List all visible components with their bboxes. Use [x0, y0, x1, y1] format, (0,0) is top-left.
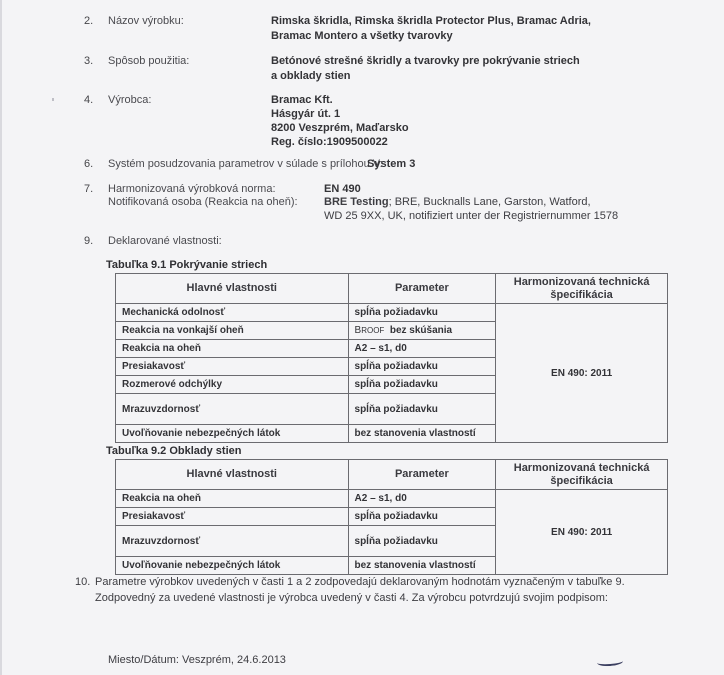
- broof-subscript: ROOF: [361, 326, 384, 335]
- parameter-cell: spĺňa požiadavku: [348, 394, 496, 425]
- specification-cell: EN 490: 2011: [496, 304, 668, 443]
- scan-speck: [52, 98, 54, 101]
- item-3-label: Spôsob použitia:: [108, 55, 189, 67]
- scan-edge: [0, 0, 2, 675]
- table-1-header-parameter: Parameter: [348, 274, 496, 304]
- manufacturer-name: Bramac Kft.: [271, 94, 333, 107]
- parameter-cell: BROOF bez skúšania: [348, 322, 496, 340]
- item-10-number: 10.: [75, 575, 90, 590]
- parameter-cell: bez stanovenia vlastností: [348, 557, 496, 575]
- item-6-number: 6.: [84, 158, 93, 170]
- item-10-line2: Zodpovedný za uvedené vlastnosti je výro…: [95, 591, 608, 606]
- product-name-line1: Rimska škridla, Rimska škridla Protector…: [271, 15, 591, 28]
- manufacturer-city: 8200 Veszprém, Maďarsko: [271, 122, 409, 135]
- table-roof-covering: Hlavné vlastnosti Parameter Harmonizovan…: [115, 273, 668, 443]
- property-cell: Uvoľňovanie nebezpečných látok: [116, 425, 349, 443]
- parameter-cell: A2 – s1, d0: [348, 490, 496, 508]
- table-1-header-specification: Harmonizovaná technická špecifikácia: [496, 274, 668, 304]
- intended-use-line2: a obklady stien: [271, 70, 350, 83]
- table-2-header-property: Hlavné vlastnosti: [116, 460, 349, 490]
- parameter-cell: spĺňa požiadavku: [348, 358, 496, 376]
- item-4-label: Výrobca:: [108, 94, 151, 106]
- property-cell: Presiakavosť: [116, 358, 349, 376]
- manufacturer-reg-number: Reg. číslo:1909500022: [271, 136, 388, 149]
- property-cell: Uvoľňovanie nebezpečných látok: [116, 557, 349, 575]
- notified-body-line2: WD 25 9XX, UK, notifiziert unter der Reg…: [324, 210, 618, 223]
- parameter-cell: spĺňa požiadavku: [348, 508, 496, 526]
- property-cell: Mrazuvzdornosť: [116, 394, 349, 425]
- assessment-system: System 3: [367, 158, 415, 171]
- notified-body-label: Notifikovaná osoba (Reakcia na oheň):: [108, 196, 298, 208]
- table-1-title: Tabuľka 9.1 Pokrývanie striech: [106, 259, 267, 271]
- property-cell: Rozmerové odchýlky: [116, 376, 349, 394]
- item-9-label: Deklarované vlastnosti:: [108, 235, 222, 247]
- signature-mark: [597, 657, 623, 667]
- parameter-cell: spĺňa požiadavku: [348, 376, 496, 394]
- parameter-cell: bez stanovenia vlastností: [348, 425, 496, 443]
- parameter-cell: spĺňa požiadavku: [348, 304, 496, 322]
- harmonized-standard: EN 490: [324, 183, 361, 196]
- table-row: Mechanická odolnosť spĺňa požiadavku EN …: [116, 304, 668, 322]
- manufacturer-street: Hásgyár út. 1: [271, 108, 340, 121]
- notified-body-name: BRE Testing: [324, 196, 389, 208]
- property-cell: Reakcia na oheň: [116, 490, 349, 508]
- notified-body-line1: BRE Testing; BRE, Bucknalls Lane, Garsto…: [324, 196, 591, 209]
- item-4-number: 4.: [84, 94, 93, 106]
- place-date: Miesto/Dátum: Veszprém, 24.6.2013: [108, 653, 286, 668]
- property-cell: Reakcia na vonkajší oheň: [116, 322, 349, 340]
- item-7-label: Harmonizovaná výrobková norma:: [108, 183, 276, 195]
- document-page: 2. Názov výrobku: Rimska škridla, Rimska…: [0, 0, 724, 675]
- property-cell: Mechanická odolnosť: [116, 304, 349, 322]
- notified-body-address: ; BRE, Bucknalls Lane, Garston, Watford,: [389, 196, 591, 208]
- table-row: Reakcia na oheň A2 – s1, d0 EN 490: 2011: [116, 490, 668, 508]
- parameter-cell: A2 – s1, d0: [348, 340, 496, 358]
- property-cell: Mrazuvzdornosť: [116, 526, 349, 557]
- table-2-header-specification: Harmonizovaná technická špecifikácia: [496, 460, 668, 490]
- property-cell: Presiakavosť: [116, 508, 349, 526]
- item-2-number: 2.: [84, 15, 93, 27]
- item-10-line1: Parametre výrobkov uvedených v časti 1 a…: [95, 575, 625, 590]
- specification-cell: EN 490: 2011: [496, 490, 668, 575]
- table-2-header-parameter: Parameter: [348, 460, 496, 490]
- parameter-cell: spĺňa požiadavku: [348, 526, 496, 557]
- broof-value: bez skúšania: [390, 325, 452, 336]
- item-2-label: Názov výrobku:: [108, 15, 184, 27]
- item-7-number: 7.: [84, 183, 93, 195]
- product-name-line2: Bramac Montero a všetky tvarovky: [271, 30, 453, 43]
- property-cell: Reakcia na oheň: [116, 340, 349, 358]
- table-1-header-property: Hlavné vlastnosti: [116, 274, 349, 304]
- item-9-number: 9.: [84, 235, 93, 247]
- intended-use-line1: Betónové strešné škridly a tvarovky pre …: [271, 55, 580, 68]
- table-wall-cladding: Hlavné vlastnosti Parameter Harmonizovan…: [115, 459, 668, 575]
- item-6-label: Systém posudzovania parametrov v súlade …: [108, 158, 383, 170]
- item-3-number: 3.: [84, 55, 93, 67]
- table-2-title: Tabuľka 9.2 Obklady stien: [106, 445, 241, 457]
